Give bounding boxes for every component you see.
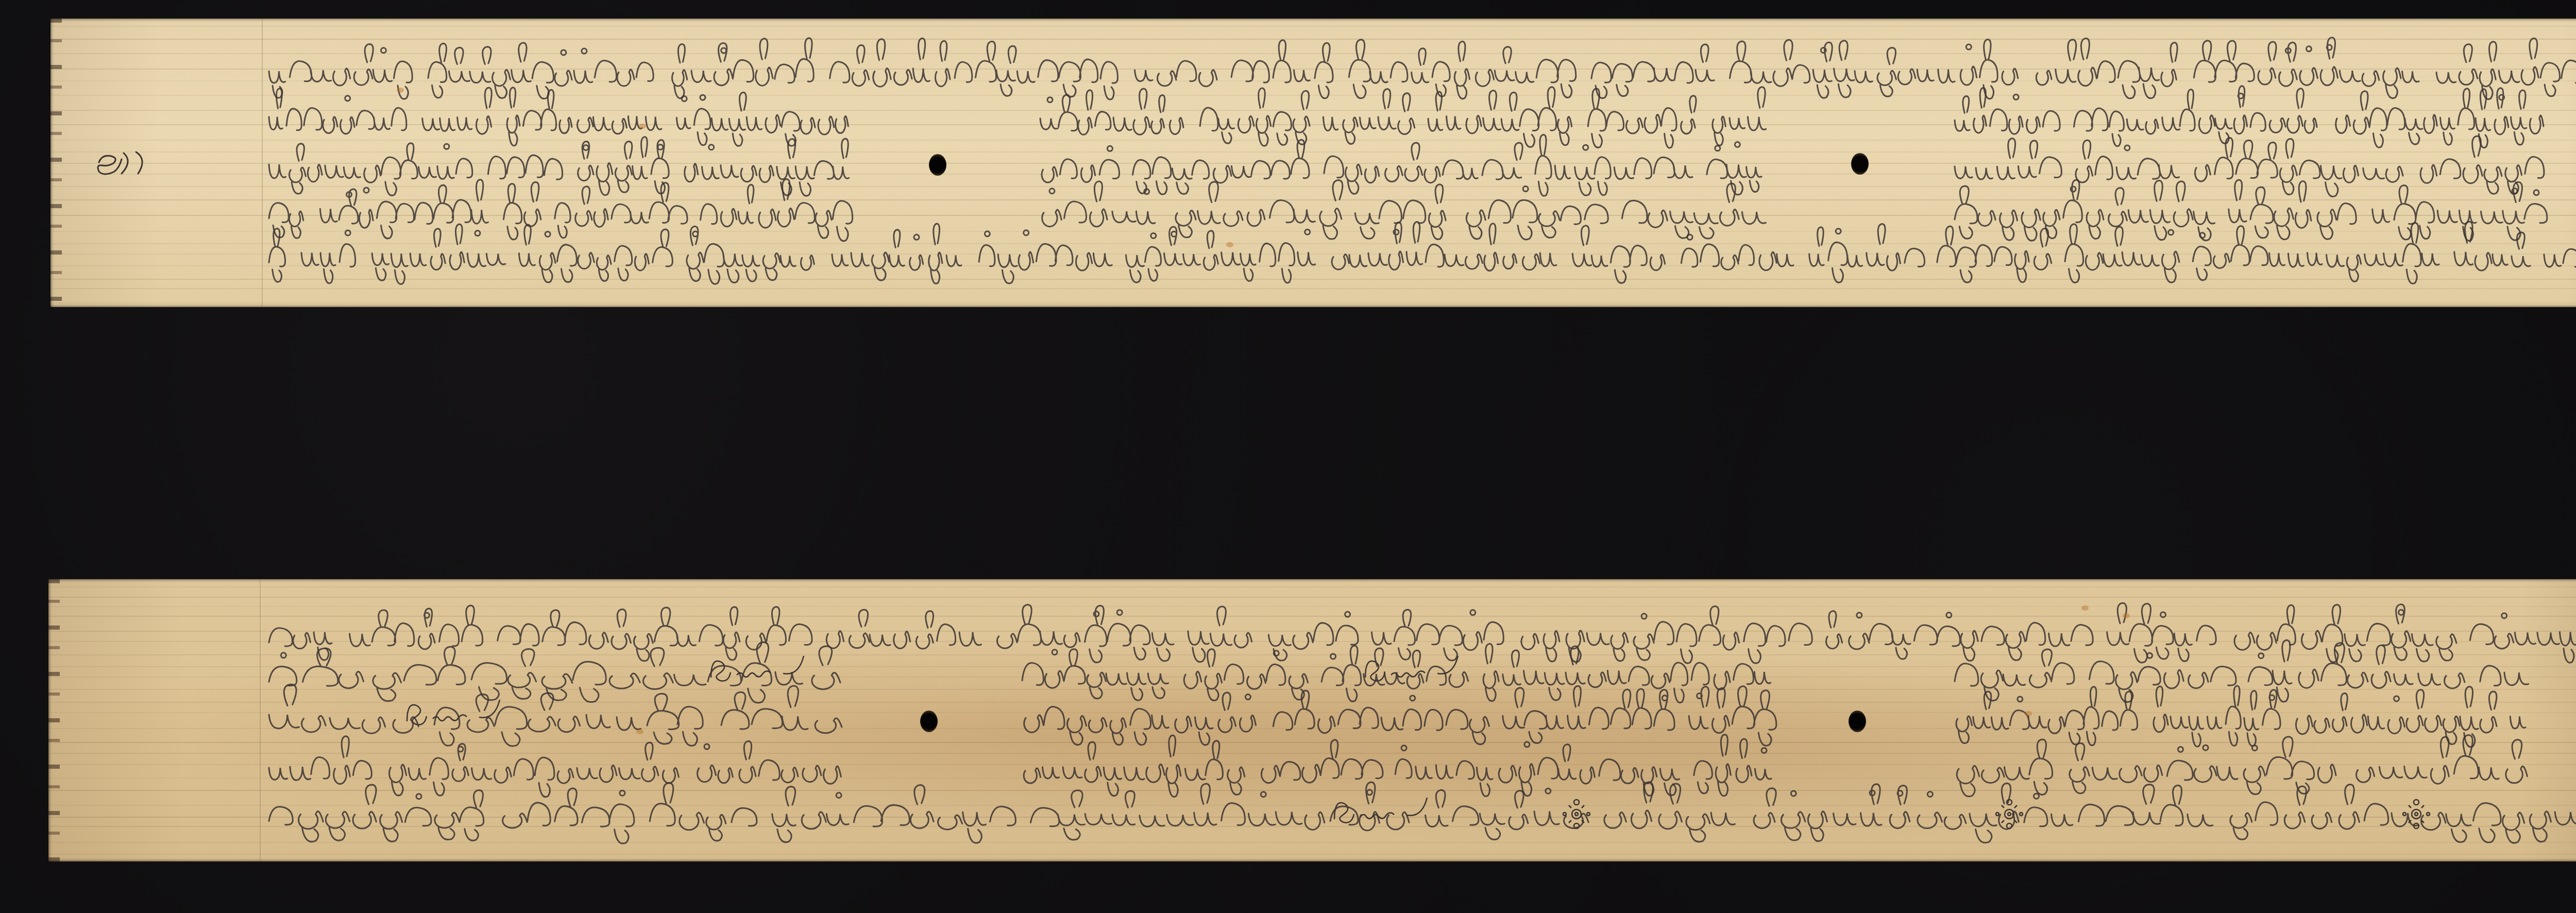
- leaf-fiber-line: [50, 26, 2576, 27]
- leaf-number-marker: ᬩᬵ: [93, 147, 160, 180]
- foxing-stain: [2123, 613, 2130, 618]
- script-line: ᬂ ᬧᬤᬶ ᬤᬸᬭ᭄ᬕ᭄ᬕ ᬲ᭄ᬯᬮᬸᬭ᭄ᬚ ᬤᬸᬭ᭄ᬕ᭄ᬕ ᬦᬓ᭄ᬱᬢ᭄ᬭ ᬦ…: [269, 218, 2576, 291]
- pasalinan-ornament-icon: [1553, 791, 1600, 837]
- binding-hole: [1849, 711, 1866, 732]
- leaf-fiber-line: [50, 302, 2576, 303]
- margin-ruling-line: [262, 19, 263, 307]
- carik-flourish-icon: [1324, 788, 1437, 835]
- frayed-leaf-edge: [50, 19, 62, 307]
- binding-hole: [929, 154, 946, 176]
- margin-ruling-line: [260, 579, 261, 861]
- binding-hole: [1851, 153, 1869, 175]
- foxing-stain: [636, 729, 643, 734]
- carik-flourish-icon: [1355, 647, 1468, 693]
- foxing-stain: [2025, 711, 2032, 716]
- pasalinan-ornament-icon: [1986, 791, 2032, 837]
- pasalinan-ornament-icon: [2393, 791, 2439, 837]
- carik-flourish-icon: [701, 647, 814, 693]
- leaf-fiber-line: [48, 854, 2576, 855]
- foxing-stain: [1226, 242, 1233, 247]
- frayed-leaf-edge: [48, 579, 60, 861]
- foxing-stain: [2081, 605, 2089, 611]
- carik-flourish-icon: [397, 690, 510, 737]
- foxing-stain: [397, 88, 404, 93]
- leaf-number-glyph-icon: [93, 147, 160, 178]
- binding-hole: [920, 711, 938, 732]
- leaf-fiber-line: [48, 586, 2576, 587]
- foxing-stain: [639, 124, 646, 129]
